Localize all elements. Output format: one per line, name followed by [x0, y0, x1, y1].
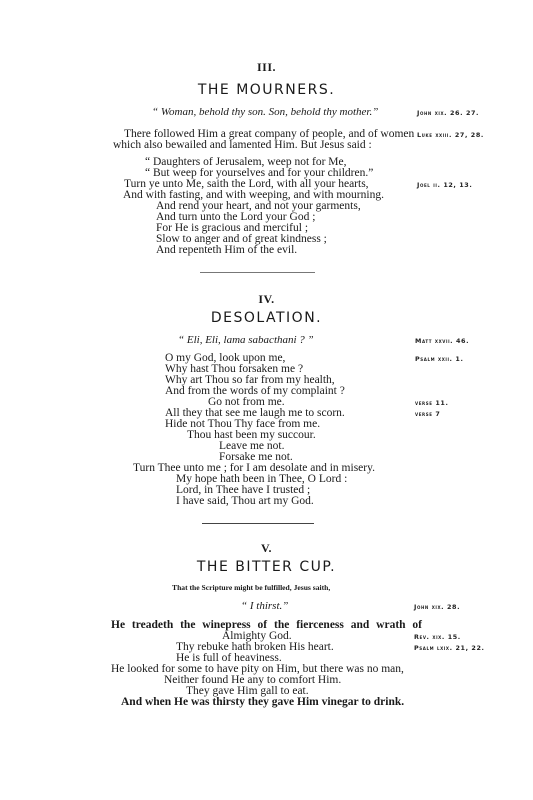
scripture-ref: Psalm lxix. 21, 22.	[414, 644, 485, 652]
scripture-ref: Psalm xxii. 1.	[415, 355, 464, 363]
intro-line: That the Scripture might be fulfilled, J…	[172, 582, 330, 594]
section-numeral: III.	[0, 61, 533, 73]
epigraph: “ Woman, behold thy son. Son, behold thy…	[152, 106, 378, 118]
section-title: THE BITTER CUP.	[0, 561, 533, 573]
epigraph: “ I thirst.”	[241, 600, 288, 612]
section-title: DESOLATION.	[0, 312, 533, 324]
section-divider	[200, 272, 315, 273]
section-title: THE MOURNERS.	[0, 84, 533, 96]
scripture-ref: Joel ii. 12, 13.	[417, 181, 472, 189]
epigraph: “ Eli, Eli, lama sabacthani ? ”	[178, 334, 314, 346]
scripture-ref: Rev. xix. 15.	[414, 633, 461, 641]
section-numeral: V.	[0, 542, 533, 554]
document-page: III. THE MOURNERS. “ Woman, behold thy s…	[0, 0, 533, 800]
section-numeral: IV.	[0, 293, 533, 305]
text-line: which also bewailed and lamented Him. Bu…	[113, 139, 372, 151]
scripture-ref: verse 7	[415, 410, 440, 418]
scripture-ref: Matt xxvii. 46.	[415, 337, 469, 345]
scripture-ref: John xix. 28.	[414, 603, 460, 611]
verse-line: And when He was thirsty they gave Him vi…	[121, 696, 404, 708]
scripture-ref: verse 11.	[415, 399, 448, 407]
scripture-ref: John xix. 26. 27.	[417, 109, 479, 117]
section-divider	[202, 523, 314, 524]
verse-line: I have said, Thou art my God.	[176, 495, 314, 507]
verse-line: And repenteth Him of the evil.	[156, 244, 297, 256]
scripture-ref: Luke xxiii. 27, 28.	[417, 131, 484, 139]
